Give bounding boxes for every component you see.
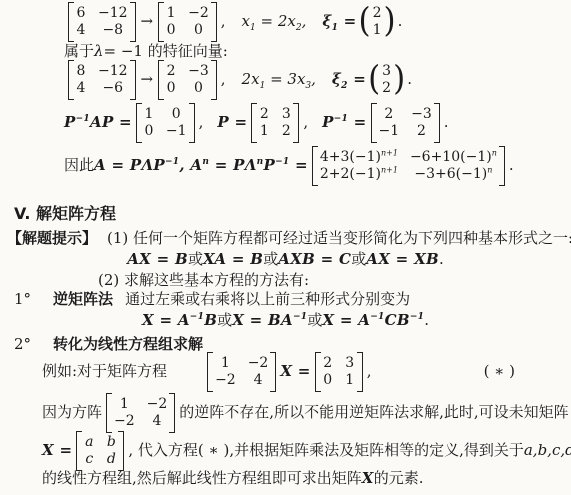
text-run: . xyxy=(407,70,412,89)
matrix-cell: 3 xyxy=(281,106,291,123)
text-run: 因此 xyxy=(64,156,94,175)
spacer xyxy=(31,299,53,300)
text-run: . xyxy=(444,113,449,132)
spacer xyxy=(316,79,332,80)
vector-cell: 2 xyxy=(382,80,391,97)
matrix-cell: 2+2(−1)n+1 xyxy=(320,166,398,183)
matrix-cell: 1 xyxy=(114,396,135,413)
item-number: 1° xyxy=(14,290,31,309)
matrix-cell: 6 xyxy=(76,5,86,22)
matrix-cell: 4 xyxy=(76,80,86,97)
matrix-cell: 1 xyxy=(215,355,236,372)
method-title: 逆矩阵法 xyxy=(53,290,113,309)
text-run: 的逆阵不存在,所以不能用逆矩阵法求解,此时,可设未知矩阵 xyxy=(179,403,568,422)
matrix-cell: −6 xyxy=(98,80,128,97)
math-bold-run: P−1 = xyxy=(322,113,366,132)
spacer xyxy=(226,21,242,22)
matrix-cell: −12 xyxy=(98,5,128,22)
hint-label: 【解题提示】 xyxy=(7,229,97,248)
method-1-inverse-matrix-line: 1°逆矩阵法通过左乘或右乘将以上前三种形式分别变为 xyxy=(14,290,410,309)
matrix-cell: 0 xyxy=(323,372,333,389)
text-run: 例如:对于矩阵方程 xyxy=(42,362,167,381)
matrix: 2−3−12 xyxy=(371,103,440,143)
text-run: . xyxy=(424,311,429,330)
spacer xyxy=(308,122,322,123)
method-title: 转化为线性方程组求解 xyxy=(53,335,203,354)
math-bold-run: XA = B xyxy=(203,250,263,269)
hint-point-2-line: (2) 求解这些基本方程的方法有: xyxy=(98,271,309,290)
equation-tag: ( ∗ ) xyxy=(484,362,515,381)
matrix-cell: 3 xyxy=(345,355,355,372)
matrix-cell: 8 xyxy=(76,63,86,80)
matrix-cell: 2 xyxy=(411,123,432,140)
text-run: 属于 xyxy=(64,42,94,61)
section-title: V. 解矩阵方程 xyxy=(14,204,116,224)
math-bold-run: AX = XB xyxy=(366,250,439,269)
section-heading: V. 解矩阵方程 xyxy=(14,204,116,224)
matrix-cell: 4 xyxy=(248,372,269,389)
spacer xyxy=(113,299,125,300)
text-run: 或 xyxy=(188,250,203,269)
math-run: λ xyxy=(94,42,104,61)
spacer xyxy=(97,238,107,239)
inverse-method-equation: X = A−1B 或 X = BA−1 或 X = A−1CB−1. xyxy=(0,311,571,330)
text-run: 或 xyxy=(351,250,366,269)
matrix-cell: 1 xyxy=(166,5,176,22)
matrix-cell: 0 xyxy=(144,123,154,140)
text-run: 或 xyxy=(217,311,232,330)
matrix: 8−124−6 xyxy=(68,60,136,100)
matrix-cell: c xyxy=(84,451,94,468)
hint-point-1-line: 【解题提示】(1) 任何一个矩阵方程都可经过适当变形简化为下列四种基本形式之一: xyxy=(7,229,571,248)
math-bold-run: X = BA−1 xyxy=(232,311,307,330)
text-run: , 代入方程( ∗ ),并根据矩阵乘法及矩阵相等的定义,得到关于 xyxy=(128,441,524,460)
matrix-cell: 0 xyxy=(166,80,176,97)
spacer xyxy=(203,122,217,123)
matrix-cell: −12 xyxy=(98,63,128,80)
matrix: 100−1 xyxy=(136,103,195,143)
right-paren: ) xyxy=(393,65,405,95)
example-equation-line: 例如:对于矩阵方程1−2−24X = 2301,( ∗ ) xyxy=(42,352,515,392)
matrix-cell: −8 xyxy=(98,22,128,39)
math-bold-run: AX = B xyxy=(127,250,188,269)
matrix: 2−300 xyxy=(158,60,217,100)
text-run: 的线性方程组,然后解此线性方程组即可求出矩阵 xyxy=(42,469,362,488)
math-bold-run: P−1AP = xyxy=(64,113,132,132)
matrix-cell: 4+3(−1)n+1 xyxy=(320,149,398,166)
matrix-cell: −6+10(−1)n xyxy=(410,149,497,166)
paragraph-line-1: 因为方阵 1−2−24 的逆阵不存在,所以不能用逆矩阵法求解,此时,可设未知矩阵 xyxy=(42,393,569,433)
column-vector: (32) xyxy=(368,63,405,97)
vector-cell: 2 xyxy=(373,5,382,22)
matrix-cell: −2 xyxy=(215,372,236,389)
vector-cell: 1 xyxy=(373,22,382,39)
paragraph-line-2: X = abcd, 代入方程( ∗ ),并根据矩阵乘法及矩阵相等的定义,得到关于… xyxy=(42,431,571,471)
text-run: . xyxy=(439,250,444,269)
matrix: 2312 xyxy=(251,103,299,143)
spacer xyxy=(226,79,242,80)
matrix: 1−2−24 xyxy=(106,393,175,433)
matrix-power-formula-line: 因此 A = PΛP−1, An = PΛnP−1 = 4+3(−1)n+1−6… xyxy=(64,146,514,186)
math-bold-run: X xyxy=(362,469,374,488)
matrix-cell: a xyxy=(84,434,94,451)
text-run: , xyxy=(367,362,372,381)
matrix-cell: 0 xyxy=(166,22,176,39)
document-page: 6−124−8→1−200,x1 = 2x2,ξ1 = (21). 属于 λ =… xyxy=(0,0,571,495)
matrix-cell: 4 xyxy=(76,22,86,39)
matrix-cell: 1 xyxy=(345,372,355,389)
matrix-cell: 0 xyxy=(166,106,187,123)
math-bold-run: ξ2 = xyxy=(332,70,366,89)
spacer xyxy=(306,21,322,22)
matrix: abcd xyxy=(76,431,124,471)
matrix-cell: 2 xyxy=(259,106,269,123)
text-run: (2) 求解这些基本方程的方法有: xyxy=(98,271,309,290)
vector-cell: 3 xyxy=(382,63,391,80)
matrix-cell: 2 xyxy=(166,63,176,80)
basic-forms-equation: AX = B 或 XA = B 或 AXB = C 或 AX = XB. xyxy=(0,250,571,269)
matrix-cell: 2 xyxy=(281,123,291,140)
math-run: a,b,c,d xyxy=(524,441,571,460)
text-run: . xyxy=(509,156,514,175)
paragraph-line-3: 的线性方程组,然后解此线性方程组即可求出矩阵 X 的元素. xyxy=(42,469,424,488)
matrix-cell: −2 xyxy=(188,5,209,22)
left-paren: ( xyxy=(368,65,380,95)
matrix: 1−200 xyxy=(158,2,217,42)
matrix: 1−2−24 xyxy=(207,352,276,392)
eigen-reduction-lambda1-line: 6−124−8→1−200,x1 = 2x2,ξ1 = (21). xyxy=(64,2,402,42)
math-bold-run: AXB = C xyxy=(278,250,351,269)
math-bold-run: ξ1 = xyxy=(322,12,356,31)
text-run: 或 xyxy=(307,311,322,330)
matrix-cell: 0 xyxy=(188,22,209,39)
matrix-cell: d xyxy=(106,451,116,468)
matrix: 2301 xyxy=(315,352,363,392)
text-run: 因为方阵 xyxy=(42,403,102,422)
math-bold-run: X = A−1B xyxy=(142,311,217,330)
eigenvector-lambda-neg1-label: 属于 λ = −1 的特征向量: xyxy=(64,42,228,61)
matrix-cell: −1 xyxy=(166,123,187,140)
matrix-cell: −2 xyxy=(248,355,269,372)
math-bold-run: X = A−1CB−1 xyxy=(322,311,424,330)
vector-column: 32 xyxy=(380,63,393,97)
spacer xyxy=(31,344,53,345)
matrix-cell: 4 xyxy=(147,413,168,430)
vector-column: 21 xyxy=(371,5,384,39)
math-bold-run: X = xyxy=(42,441,72,460)
diagonalization-line: P−1AP = 100−1,P = 2312,P−1 = 2−3−12. xyxy=(64,103,449,143)
matrix: 6−124−8 xyxy=(68,2,136,42)
text-run: 的元素. xyxy=(374,469,424,488)
eigen-reduction-lambda-neg1-line: 8−124−6→2−300,2x1 = 3x3,ξ2 = (32). xyxy=(64,60,412,100)
math-bold-run: A = PΛP−1, An = PΛnP−1 = xyxy=(94,156,308,175)
matrix-cell: −2 xyxy=(147,396,168,413)
matrix-cell: 2 xyxy=(323,355,333,372)
arrow-icon: → xyxy=(141,70,154,89)
matrix-cell: 1 xyxy=(144,106,154,123)
matrix-cell: 1 xyxy=(259,123,269,140)
spacer xyxy=(167,371,203,372)
matrix-cell: 2 xyxy=(379,106,400,123)
matrix-cell: −3 xyxy=(188,63,209,80)
matrix: 4+3(−1)n+1−6+10(−1)n2+2(−1)n+1−3+6(−1)n xyxy=(312,146,505,186)
matrix-cell: −3 xyxy=(411,106,432,123)
column-vector: (21) xyxy=(359,5,396,39)
item-number: 2° xyxy=(14,335,31,354)
text-run: 通过左乘或右乘将以上前三种形式分别变为 xyxy=(125,290,410,309)
text-run: . xyxy=(398,12,403,31)
math-run: x1 = 2x2, xyxy=(242,12,307,31)
matrix-cell: −1 xyxy=(379,123,400,140)
right-paren: ) xyxy=(384,7,396,37)
math-run: 2x1 = 3x3, xyxy=(242,70,316,89)
left-paren: ( xyxy=(359,7,371,37)
method-2-linear-system-line: 2°转化为线性方程组求解 xyxy=(14,335,203,354)
math-bold-run: X = xyxy=(280,362,310,381)
arrow-icon: → xyxy=(141,12,154,31)
text-run: (1) 任何一个矩阵方程都可经过适当变形简化为下列四种基本形式之一: xyxy=(107,229,571,248)
text-run: 或 xyxy=(263,250,278,269)
math-bold-run: P = xyxy=(217,113,247,132)
matrix-cell: −2 xyxy=(114,413,135,430)
matrix-cell: b xyxy=(106,434,116,451)
matrix-cell: 0 xyxy=(188,80,209,97)
matrix-cell: −3+6(−1)n xyxy=(410,166,497,183)
text-run: = −1 的特征向量: xyxy=(104,42,228,61)
